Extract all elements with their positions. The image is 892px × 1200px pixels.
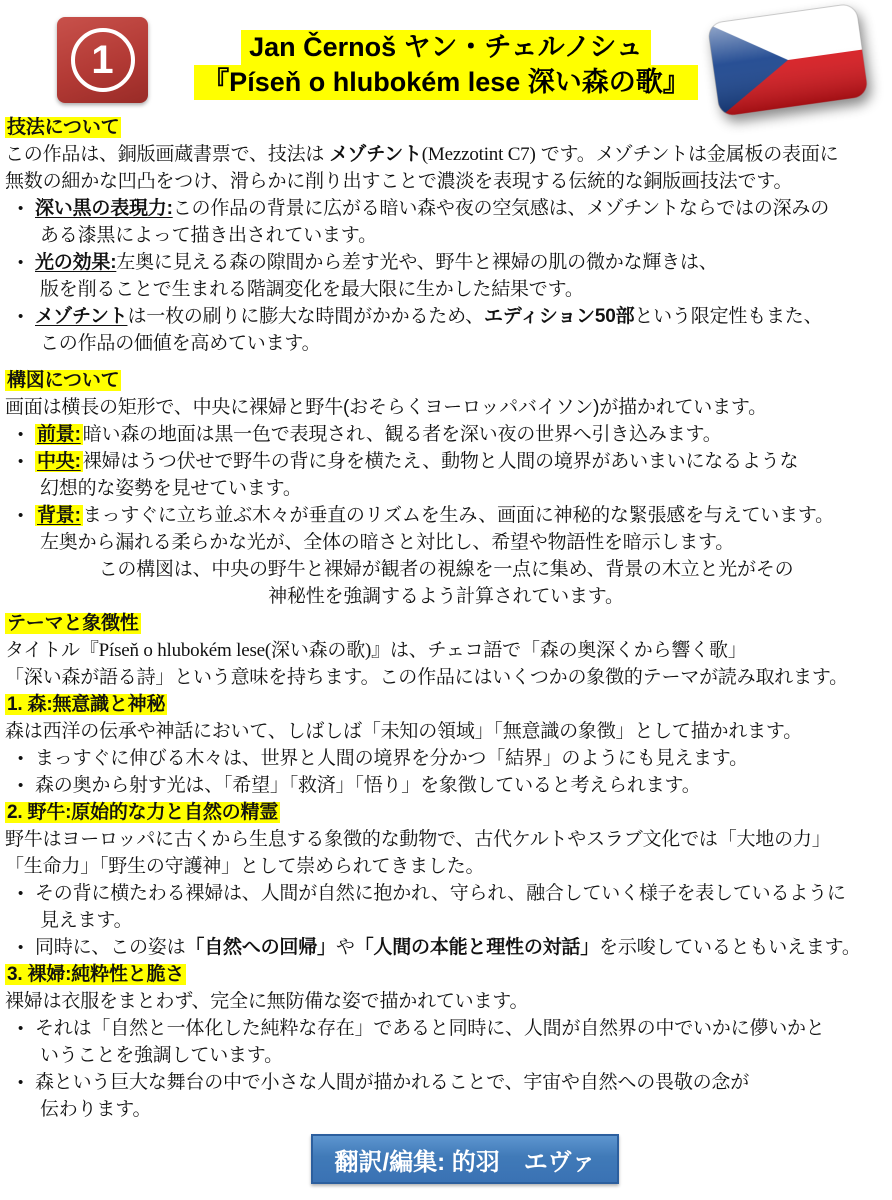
section-heading: 構図について	[0, 367, 892, 394]
text-segment: メゾチント	[35, 306, 127, 327]
page-header: 1 Jan Černoš ヤン・チェルノシュ 『Píseň o hlubokém…	[0, 0, 892, 108]
text-segment: 「深い森が語る詩」という意味を持ちます。この作品にはいくつかの象徴的テーマが読み…	[5, 667, 848, 688]
bullet-continuation: ある漆黒によって描き出されています。	[0, 222, 892, 249]
text-line: 「深い森が語る詩」という意味を持ちます。この作品にはいくつかの象徴的テーマが読み…	[0, 664, 892, 691]
bullet-item: •同時に、この姿は「自然への回帰」や「人間の本能と理性の対話」を示唆しているとも…	[0, 934, 892, 961]
text-segment: 無数の細かな凹凸をつけ、滑らかに削り出すことで濃淡を表現する伝統的な銅版画技法で…	[5, 171, 792, 192]
text-segment: Píseň o hlubokém lese	[99, 640, 265, 661]
section-heading: 1. 森:無意識と神秘	[0, 691, 892, 718]
text-segment: メゾチント	[329, 144, 421, 165]
text-segment: 幻想的な姿勢を見せています。	[40, 478, 302, 499]
text-segment: 森は西洋の伝承や神話において、しばしば「未知の領域」「無意識の象徴」として描かれ…	[5, 721, 802, 742]
bullet-item: •背景:まっすぐに立ち並ぶ木々が垂直のリズムを生み、画面に神秘的な緊張感を与えて…	[0, 502, 892, 529]
text-segment: 左奥に見える森の隙間から差す光や、野牛と裸婦の肌の微かな輝きは、	[116, 252, 717, 273]
text-segment: を示唆しているともいえます。	[599, 937, 861, 958]
text-segment: 3. 裸婦:純粋性と脆さ	[5, 964, 186, 985]
text-segment: 背景:	[35, 505, 83, 526]
text-line: 画面は横長の矩形で、中央に裸婦と野牛(おそらくヨーロッパバイソン)が描かれていま…	[0, 394, 892, 421]
text-line: 森は西洋の伝承や神話において、しばしば「未知の領域」「無意識の象徴」として描かれ…	[0, 718, 892, 745]
text-segment: 森の奥から射す光は、「希望」「救済」「悟り」を象徴していると考えられます。	[35, 775, 701, 796]
text-segment: という限定性もまた、	[634, 306, 822, 327]
text-segment: まっすぐに伸びる木々は、世界と人間の境界を分かつ「結界」のようにも見えます。	[35, 748, 748, 769]
bullet-icon: •	[18, 1015, 23, 1042]
bullet-item: •まっすぐに伸びる木々は、世界と人間の境界を分かつ「結界」のようにも見えます。	[0, 745, 892, 772]
bullet-icon: •	[18, 745, 23, 772]
text-segment: 神秘性を強調するよう計算されています。	[268, 586, 624, 607]
bullet-icon: •	[18, 303, 23, 330]
bullet-continuation: 見えます。	[0, 907, 892, 934]
text-segment: (Mezzotint C7)	[422, 144, 536, 165]
bullet-icon: •	[18, 249, 23, 276]
bullet-item: •その背に横たわる裸婦は、人間が自然に抱かれ、守られ、融合していく様子を表してい…	[0, 880, 892, 907]
bullet-item: •中央:裸婦はうつ伏せで野牛の背に身を横たえ、動物と人間の境界があいまいになるよ…	[0, 448, 892, 475]
bullet-item: •森という巨大な舞台の中で小さな人間が描かれることで、宇宙や自然への畏敬の念が	[0, 1069, 892, 1096]
section-heading: 2. 野牛:原始的な力と自然の精霊	[0, 799, 892, 826]
section-heading: 3. 裸婦:純粋性と脆さ	[0, 961, 892, 988]
text-segment: この構図は、中央の野牛と裸婦が観者の視線を一点に集め、背景の木立と光がその	[99, 559, 794, 580]
text-segment: タイトル『	[5, 640, 99, 661]
bullet-icon: •	[18, 934, 23, 961]
text-segment: 前景:	[35, 424, 83, 445]
text-segment: 』は、チェコ語で「森の奥深くから響く歌」	[371, 640, 746, 661]
credit-label: 翻訳/編集: 的羽 エヴァ	[334, 1142, 595, 1177]
page: 1 Jan Černoš ヤン・チェルノシュ 『Píseň o hlubokém…	[0, 0, 892, 1200]
text-segment: 構図について	[5, 370, 121, 391]
bullet-icon: •	[18, 421, 23, 448]
text-line: タイトル『Píseň o hlubokém lese(深い森の歌)』は、チェコ語…	[0, 637, 892, 664]
centered-line: 神秘性を強調するよう計算されています。	[0, 583, 892, 610]
text-segment: 見えます。	[40, 910, 132, 931]
text-segment: エディション50部	[484, 306, 634, 327]
centered-line: この構図は、中央の野牛と裸婦が観者の視線を一点に集め、背景の木立と光がその	[0, 556, 892, 583]
text-segment: や	[336, 937, 355, 958]
text-line: 無数の細かな凹凸をつけ、滑らかに削り出すことで濃淡を表現する伝統的な銅版画技法で…	[0, 168, 892, 195]
bullet-continuation: いうことを強調しています。	[0, 1042, 892, 1069]
bullet-icon: •	[18, 502, 23, 529]
text-segment: 「自然への回帰」	[185, 937, 335, 958]
text-segment: は一枚の刷りに膨大な時間がかかるため、	[127, 306, 483, 327]
bullet-icon: •	[18, 880, 23, 907]
bullet-icon: •	[18, 448, 23, 475]
text-segment: 同時に、この姿は	[35, 937, 185, 958]
text-segment: 画面は横長の矩形で、中央に裸婦と野牛(おそらくヨーロッパバイソン)が描かれていま…	[5, 397, 767, 418]
text-segment: この作品の価値を高めています。	[40, 333, 320, 354]
text-segment: 裸婦は衣服をまとわず、完全に無防備な姿で描かれています。	[5, 991, 528, 1012]
text-segment: 版を削ることで生まれる階調変化を最大限に生かした結果です。	[40, 279, 584, 300]
bullet-continuation: 伝わります。	[0, 1096, 892, 1123]
text-segment: 伝わります。	[40, 1099, 151, 1120]
bullet-icon: •	[18, 1069, 23, 1096]
section-heading: テーマと象徴性	[0, 610, 892, 637]
bullet-item: •それは「自然と一体化した純粋な存在」であると同時に、人間が自然界の中でいかに儚…	[0, 1015, 892, 1042]
bullet-item: •光の効果:左奥に見える森の隙間から差す光や、野牛と裸婦の肌の微かな輝きは、	[0, 249, 892, 276]
bullet-continuation: 版を削ることで生まれる階調変化を最大限に生かした結果です。	[0, 276, 892, 303]
text-segment: それは「自然と一体化した純粋な存在」であると同時に、人間が自然界の中でいかに儚い…	[35, 1018, 825, 1039]
bullet-continuation: 幻想的な姿勢を見せています。	[0, 475, 892, 502]
text-segment: その背に横たわる裸婦は、人間が自然に抱かれ、守られ、融合していく様子を表している…	[35, 883, 846, 904]
bullet-item: •深い黒の表現力:この作品の背景に広がる暗い森や夜の空気感は、メゾチントならでは…	[0, 195, 892, 222]
text-line: 裸婦は衣服をまとわず、完全に無防備な姿で描かれています。	[0, 988, 892, 1015]
bullet-continuation: この作品の価値を高めています。	[0, 330, 892, 357]
text-segment: 「生命力」「野生の守護神」として崇められてきました。	[5, 856, 484, 877]
page-title-line2: 『Píseň o hlubokém lese 深い森の歌』	[194, 65, 698, 100]
text-segment: 深い黒の表現力:	[35, 198, 173, 219]
text-line: 野牛はヨーロッパに古くから生息する象徴的な動物で、古代ケルトやスラブ文化では「大…	[0, 826, 892, 853]
text-segment: です。メゾチントは金属板の表面に	[536, 144, 839, 165]
section-heading: 技法について	[0, 114, 892, 141]
text-line: 「生命力」「野生の守護神」として崇められてきました。	[0, 853, 892, 880]
page-number-badge: 1	[57, 17, 148, 103]
text-segment: 光の効果:	[35, 252, 116, 273]
page-title-line1: Jan Černoš ヤン・チェルノシュ	[241, 30, 651, 65]
text-segment: 森という巨大な舞台の中で小さな人間が描かれることで、宇宙や自然への畏敬の念が	[35, 1072, 749, 1093]
text-segment: 左奥から漏れる柔らかな光が、全体の暗さと対比し、希望や物語性を暗示します。	[40, 532, 734, 553]
text-segment: 技法について	[5, 117, 121, 138]
credit-banner: 翻訳/編集: 的羽 エヴァ	[311, 1134, 619, 1184]
text-segment: 「人間の本能と理性の対話」	[355, 937, 599, 958]
text-segment: 野牛はヨーロッパに古くから生息する象徴的な動物で、古代ケルトやスラブ文化では「大…	[5, 829, 831, 850]
page-number: 1	[91, 40, 113, 80]
czech-flag-icon	[706, 2, 870, 118]
text-segment: 中央:	[35, 451, 83, 472]
bullet-item: •前景:暗い森の地面は黒一色で表現され、観る者を深い夜の世界へ引き込みます。	[0, 421, 892, 448]
text-segment: 暗い森の地面は黒一色で表現され、観る者を深い夜の世界へ引き込みます。	[83, 424, 722, 445]
bullet-item: •森の奥から射す光は、「希望」「救済」「悟り」を象徴していると考えられます。	[0, 772, 892, 799]
bullet-item: •メゾチントは一枚の刷りに膨大な時間がかかるため、エディション50部という限定性…	[0, 303, 892, 330]
text-segment: テーマと象徴性	[5, 613, 141, 634]
bullet-icon: •	[18, 772, 23, 799]
text-segment: まっすぐに立ち並ぶ木々が垂直のリズムを生み、画面に神秘的な緊張感を与えています。	[83, 505, 834, 526]
text-segment: いうことを強調しています。	[40, 1045, 283, 1066]
text-segment: 裸婦はうつ伏せで野牛の背に身を横たえ、動物と人間の境界があいまいになるような	[83, 451, 799, 472]
text-line: この作品は、銅版画蔵書票で、技法は メゾチント(Mezzotint C7) です…	[0, 141, 892, 168]
text-segment: この作品は、銅版画蔵書票で、技法は	[5, 144, 329, 165]
circled-number-icon: 1	[71, 28, 135, 92]
bullet-icon: •	[18, 195, 23, 222]
text-segment: (深い森の歌)	[265, 640, 371, 661]
document-body: 技法についてこの作品は、銅版画蔵書票で、技法は メゾチント(Mezzotint …	[0, 108, 892, 1123]
text-segment: 2. 野牛:原始的な力と自然の精霊	[5, 802, 280, 823]
spacer	[0, 357, 892, 367]
text-segment: この作品の背景に広がる暗い森や夜の空気感は、メゾチントならではの深みの	[173, 198, 829, 219]
bullet-continuation: 左奥から漏れる柔らかな光が、全体の暗さと対比し、希望や物語性を暗示します。	[0, 529, 892, 556]
text-segment: ある漆黒によって描き出されています。	[40, 225, 377, 246]
text-segment: 1. 森:無意識と神秘	[5, 694, 167, 715]
